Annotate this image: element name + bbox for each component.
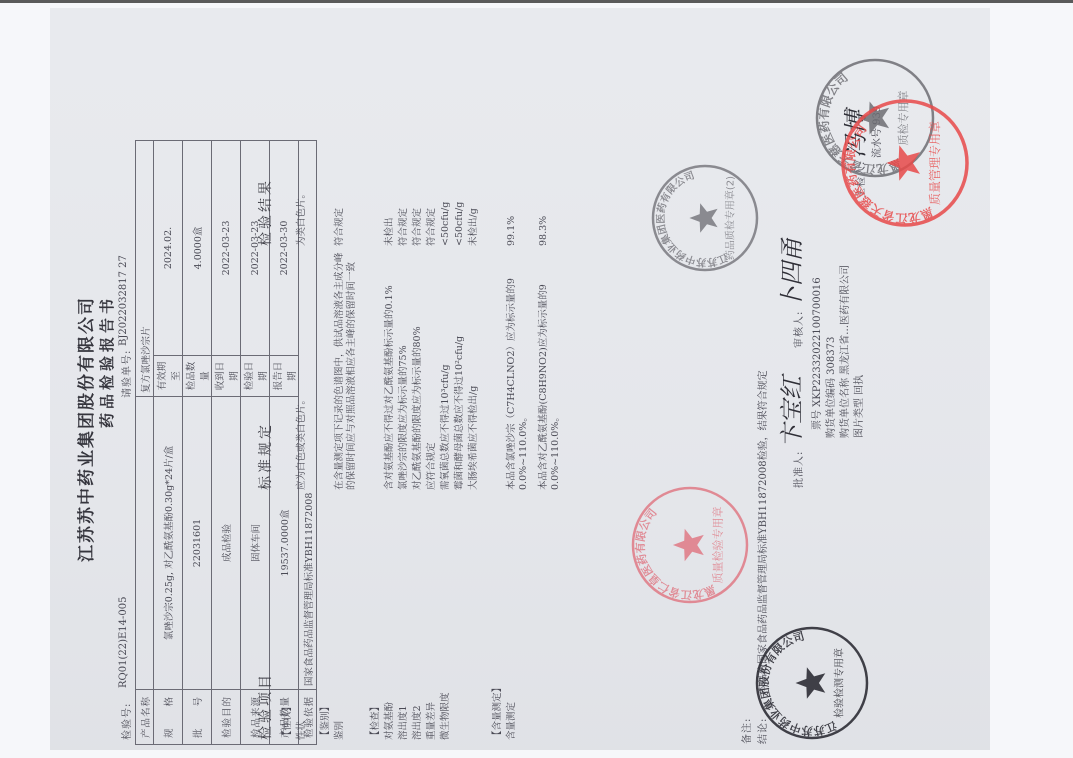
star-icon	[796, 667, 826, 698]
buyer-name: 购货单位名称 黑龙江省…医药有限公司	[836, 265, 851, 438]
expiry-value: 2024.02.	[154, 141, 183, 356]
svg-text:检验检测专用章: 检验检测专用章	[832, 648, 845, 718]
result-value: <50cfu/g	[454, 202, 466, 246]
result-value: 符合规定	[426, 208, 438, 246]
section-heading: 【检查】	[370, 702, 382, 740]
svg-text:质量管理专用章: 质量管理专用章	[927, 121, 942, 205]
col-standard-header: 标准规定	[255, 422, 275, 490]
report-no-label: 检验号:	[118, 703, 133, 740]
approver-signature: 卞宝红	[772, 376, 807, 448]
result-value: <50cfu/g	[440, 202, 452, 246]
result-value: 符合规定	[334, 208, 346, 246]
result-standard: 应为白色或类白色片。	[296, 395, 308, 490]
inspection-stamp-bottom: 江苏苏中药业集团股份有限公司检验检测专用章	[754, 625, 870, 741]
product-name: 复方氯唑沙宗片	[136, 141, 154, 397]
sample-qty-value: 4.0000盒	[183, 141, 212, 356]
spec-value: 氯唑沙宗0.25g, 对乙酰氨基酚0.30g*24片/盒	[154, 397, 183, 690]
svg-text:质量检验专用章: 质量检验专用章	[710, 507, 724, 584]
section-heading: 【含量测定】	[492, 683, 504, 740]
cell-label: 检验目的	[212, 690, 241, 745]
result-value: 99.1%	[506, 216, 518, 246]
result-item-name: 对氨基酚	[384, 702, 396, 740]
result-item-name: 溶出度1	[398, 705, 410, 740]
cell-label: 报告日期	[270, 356, 299, 397]
result-item-name: 性状	[296, 721, 308, 740]
product-info-table: 产品名称 复方氯唑沙宗片 规 格 氯唑沙宗0.25g, 对乙酰氨基酚0.30g*…	[135, 140, 317, 745]
result-standard: 霉菌和酵母菌总数应不得过10²cfu/g	[454, 336, 466, 490]
result-value: 为类白色片。	[296, 189, 308, 246]
table-row: 检验目的 成品检验 收到日期 2022-03-23	[212, 141, 241, 745]
table-row: 批 号 22031601 检品数量 4.0000盒	[183, 141, 212, 745]
col-result-header: 检验结果	[255, 178, 275, 246]
buyer-code: 购货单位编码 308373	[822, 337, 837, 438]
approver-label: 批准人:	[790, 451, 805, 488]
cell-label: 有效期至	[154, 356, 183, 397]
star-icon	[689, 203, 717, 233]
cell-value	[136, 397, 154, 690]
quality-stamp-red-top: 黑龙江省天慈医药有限公司质量管理专用章	[840, 98, 970, 228]
cell-label: 收到日期	[212, 356, 241, 397]
result-standard: 本品含氯唑沙宗（C7H4CLNO2）应为标示量的9 0.0%~110.0%。	[506, 278, 530, 490]
ticket-no: 票号 XKP22332022100700016	[808, 277, 823, 430]
reviewer-label: 审核人:	[790, 311, 805, 348]
cell-label: 产品名称	[136, 690, 154, 745]
result-value: 未检出/g	[468, 208, 480, 246]
report-no: RQ01(22)E14-005	[118, 597, 129, 688]
quality-stamp-red-center: 黑龙江省仁皇医药有限公司质量检验专用章	[630, 485, 750, 605]
col-item-header: 检验项目	[255, 672, 275, 740]
svg-text:药品质检专用章(2): 药品质检专用章(2)	[724, 176, 737, 260]
result-standard: 对乙酰氨基酚的限度应为标示量的80%	[412, 326, 424, 490]
section-heading: 【性状】	[282, 702, 294, 740]
quality-stamp-gray-center: 江苏苏中药业集团医药有限公司药品质检专用章(2)	[650, 163, 760, 273]
request-no-label: 请验单号:	[118, 350, 133, 398]
purpose-value: 成品检验	[212, 397, 241, 690]
result-standard: 应符合规定	[426, 442, 438, 490]
table-row: 产品名称 复方氯唑沙宗片	[136, 141, 154, 745]
report-date-value: 2022-03-30	[270, 141, 299, 356]
svg-text:黑龙江省天慈医药有限公司: 黑龙江省天慈医药有限公司	[842, 122, 935, 226]
request-no: BJ2022032817 27	[118, 255, 129, 346]
cell-label: 批 号	[183, 690, 212, 745]
reviewer-signature: 卜四甬	[772, 238, 807, 310]
received-date-value: 2022-03-23	[212, 141, 241, 356]
image-type: 图片类型 回执	[850, 375, 865, 438]
result-item-name: 含量测定	[506, 702, 518, 740]
result-item-name: 重量差异	[426, 702, 438, 740]
remark-label: 备注:	[738, 718, 753, 744]
result-value: 未检出	[384, 217, 396, 246]
result-standard: 需氧菌总数应不得过10³cfu/g	[440, 364, 452, 490]
result-standard: 在含量测定项下记录的色谱图中，供试品溶液各主成分峰 的保留时间应与对照品溶液相应…	[334, 252, 358, 490]
result-value: 符合规定	[412, 208, 424, 246]
result-standard: 氯唑沙宗的限度应为标示量的75%	[398, 345, 410, 490]
svg-text:黑龙江省仁皇医药有限公司: 黑龙江省仁皇医药有限公司	[633, 506, 718, 603]
table-row: 规 格 氯唑沙宗0.25g, 对乙酰氨基酚0.30g*24片/盒 有效期至 20…	[154, 141, 183, 745]
result-item-name: 溶出度2	[412, 705, 424, 740]
inspection-report-page: 江苏苏中药业集团股份有限公司 药品检验报告书 检验号: RQ01(22)E14-…	[0, 0, 1073, 758]
result-standard: 本品含对乙酰氨基酚(C8H9NO2)应为标示量的9 0.0%~110.0%。	[538, 284, 562, 490]
cell-label: 规 格	[154, 690, 183, 745]
result-item-name: 微生物限度	[440, 692, 452, 740]
report-title: 药品检验报告书	[96, 295, 117, 428]
result-value: 98.3%	[538, 216, 550, 246]
result-standard: 含对氨基酚应不得过对乙酰氨基酚标示量的0.1%	[384, 285, 396, 490]
star-icon	[886, 145, 920, 180]
company-name: 江苏苏中药业集团股份有限公司	[72, 296, 97, 562]
inspection-date-value: 2022-03-23	[241, 141, 270, 356]
cell-label: 检品数量	[183, 356, 212, 397]
section-heading: 【鉴别】	[320, 702, 332, 740]
cell-label: 检验日期	[241, 356, 270, 397]
star-icon	[673, 529, 704, 562]
result-standard: 大肠埃希菌应不得检出/g	[468, 386, 480, 490]
result-item-name: 鉴别	[334, 721, 346, 740]
result-value: 符合规定	[398, 208, 410, 246]
batch-value: 22031601	[183, 397, 212, 690]
